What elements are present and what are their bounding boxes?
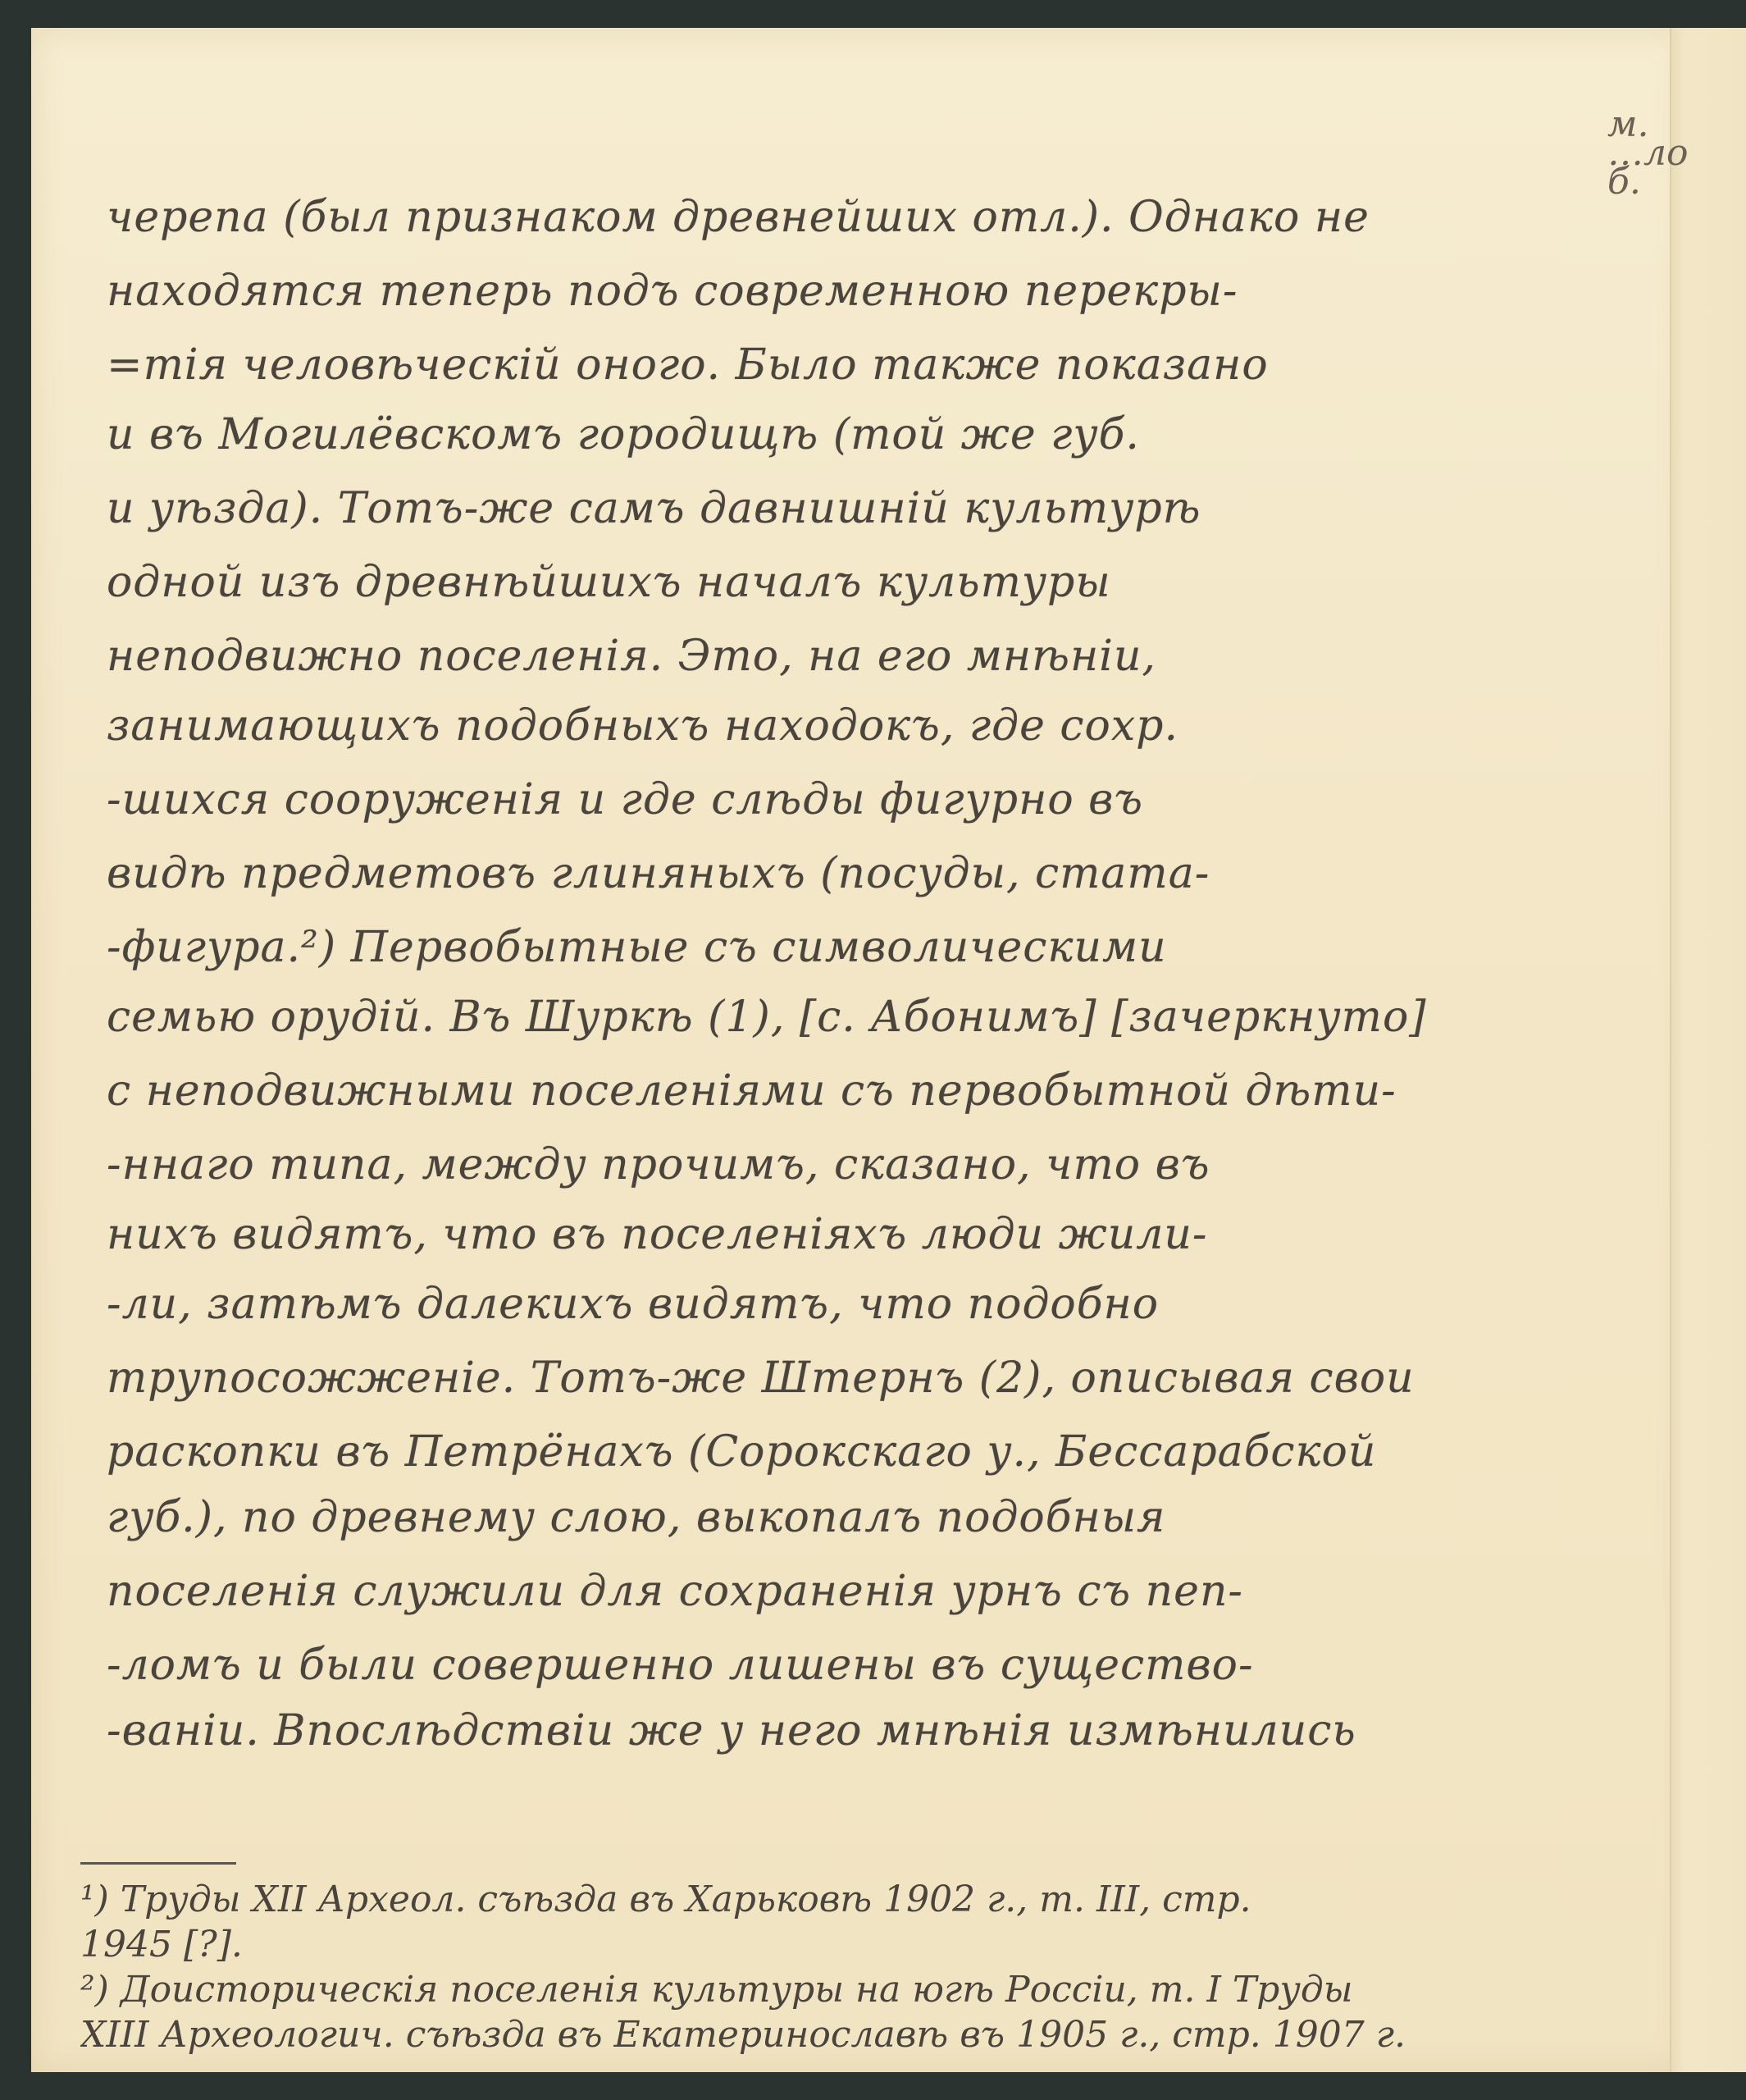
text-line: семью орудій. Въ Шуркѣ (1), [с. Абонимъ]…: [107, 993, 1657, 1042]
text-line: -ваніи. Впослѣдствіи же у него мнѣнія из…: [107, 1706, 1657, 1755]
text-line: находятся теперь подъ современною перекр…: [107, 267, 1657, 316]
text-line: черепа (был признаком древнейших отл.). …: [107, 193, 1657, 242]
adjacent-page-edge: [1670, 28, 1746, 2072]
footnote-separator: [80, 1862, 236, 1865]
footnote-1-cont: 1945 [?].: [80, 1924, 1663, 1965]
text-line: =тія человѣческій оного. Было также пока…: [107, 340, 1657, 390]
text-line: -ннаго типа, между прочимъ, сказано, что…: [107, 1140, 1657, 1189]
text-line: -ломъ и были совершенно лишены въ сущест…: [107, 1641, 1657, 1690]
text-line: -шихся сооруженія и где слѣды фигурно въ: [107, 775, 1657, 824]
text-line: неподвижно поселенія. Это, на его мнѣніи…: [107, 632, 1657, 681]
text-line: и въ Могилёвскомъ городищѣ (той же губ.: [107, 410, 1657, 459]
text-line: занимающихъ подобныхъ находокъ, где сохр…: [107, 701, 1657, 751]
text-line: одной изъ древнѣйшихъ началъ культуры: [107, 558, 1657, 607]
text-line: раскопки въ Петрёнахъ (Сорокскаго у., Бе…: [107, 1427, 1657, 1477]
text-line: губ.), по древнему слою, выкопалъ подобн…: [107, 1493, 1657, 1542]
manuscript-paper: [31, 28, 1688, 2072]
text-line: и уѣзда). Тотъ-же самъ давнишній культур…: [107, 484, 1657, 533]
footnote-2-cont: XIII Археологич. съѣзда въ Екатеринослав…: [80, 2014, 1663, 2056]
text-line: нихъ видятъ, что въ поселеніяхъ люди жил…: [107, 1210, 1657, 1259]
text-line: видѣ предметовъ глиняныхъ (посуды, стата…: [107, 849, 1657, 898]
text-line: с неподвижными поселеніями съ первобытно…: [107, 1066, 1657, 1116]
text-line: -ли, затѣмъ далекихъ видятъ, что подобно: [107, 1280, 1657, 1329]
footnote-1: ¹) Труды XII Археол. съѣзда въ Харьковѣ …: [80, 1879, 1663, 1920]
text-line: поселенія служили для сохраненія урнъ съ…: [107, 1567, 1657, 1616]
text-line: трупосожженіе. Тотъ-же Штернъ (2), описы…: [107, 1354, 1657, 1403]
footnote-2: ²) Доисторическія поселенія культуры на …: [80, 1969, 1663, 2011]
text-line: -фигура.²) Первобытные съ символическими: [107, 923, 1657, 972]
